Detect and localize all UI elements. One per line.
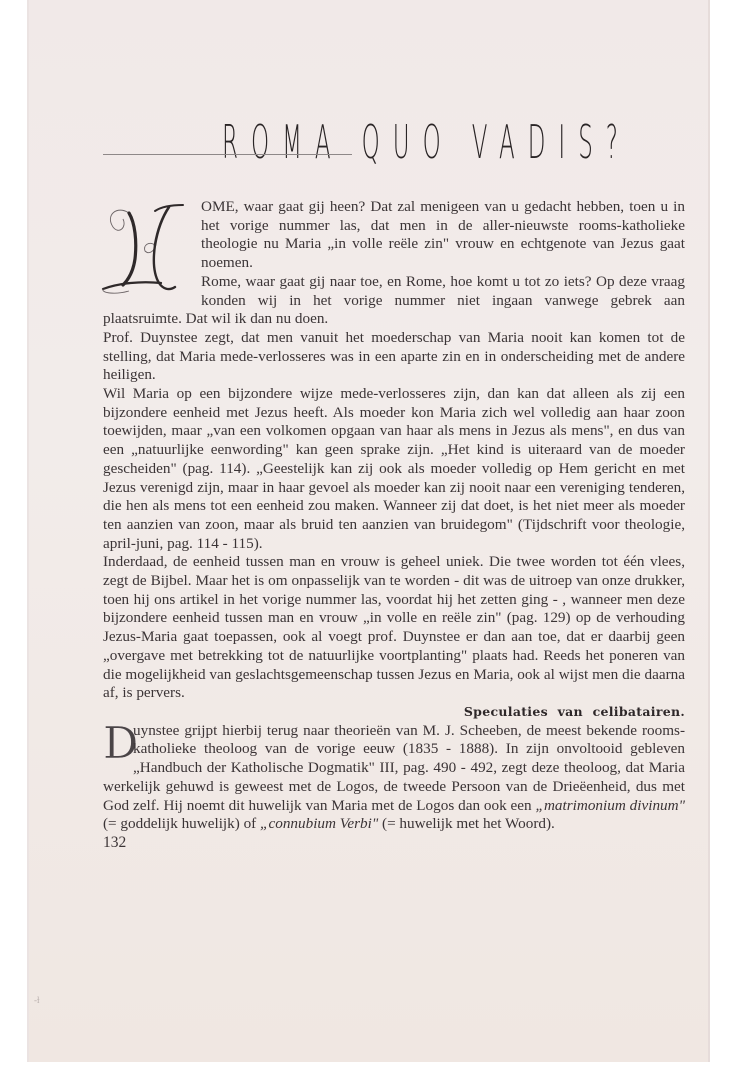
title-word-2: QUO <box>362 119 454 165</box>
paragraph-3: Prof. Duynstee zegt, dat men vanuit het … <box>103 329 685 385</box>
latin-term-matrimonium: „matrimonium divinum" <box>536 797 685 814</box>
paragraph-intro-text: OME, waar gaat gij heen? Dat zal menigee… <box>201 198 685 271</box>
page-title: ROMAQUOVADIS? <box>222 119 422 165</box>
article-body: OME, waar gaat gij heen? Dat zal menigee… <box>103 198 685 853</box>
title-rule-divider <box>103 154 352 155</box>
paragraph-intro: OME, waar gaat gij heen? Dat zal menigee… <box>103 198 685 273</box>
paragraph-6: Duynstee grijpt hierbij terug naar theor… <box>103 722 685 834</box>
title-word-3: VADIS? <box>472 119 631 165</box>
page-number: 132 <box>103 834 685 853</box>
section-heading-text: Speculaties van celibatairen. <box>464 704 685 719</box>
paragraph-6-text-c: (= huwelijk met het Woord). <box>378 815 555 832</box>
section-heading: Speculaties van celibatairen. <box>103 703 685 722</box>
paragraph-5: Inderdaad, de eenheid tussen man en vrou… <box>103 553 685 703</box>
paragraph-4: Wil Maria op een bijzondere wijze mede-v… <box>103 385 685 553</box>
latin-term-connubium: „connubium Verbi" <box>260 815 378 832</box>
margin-pencil-mark: -ɫ <box>34 995 50 1003</box>
title-word-1: ROMA <box>222 119 344 165</box>
dropcap-d: D <box>103 726 127 760</box>
paragraph-6-text-b: (= goddelijk huwelijk) of <box>103 815 260 832</box>
ornamental-dropcap-r-icon <box>99 201 193 295</box>
